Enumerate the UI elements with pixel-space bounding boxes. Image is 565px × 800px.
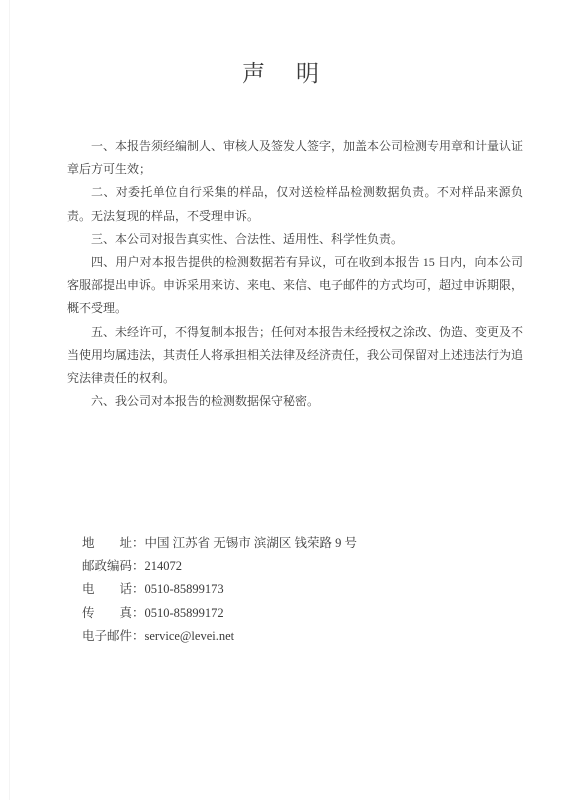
contact-value-fax: 0510-85899172 (145, 602, 224, 625)
statement-paragraph-3: 三、本公司对报告真实性、合法性、适用性、科学性负责。 (67, 228, 523, 251)
contact-row-fax: 传 真：0510-85899172 (82, 602, 522, 625)
contact-block: 地 址：中国 江苏省 无锡市 滨湖区 钱荣路 9 号 邮政编码：214072 电… (82, 532, 522, 648)
statement-paragraph-4: 四、用户对本报告提供的检测数据若有异议，可在收到本报告 15 日内，向本公司客服… (67, 251, 523, 321)
statement-paragraph-6: 六、我公司对本报告的检测数据保守秘密。 (67, 390, 523, 413)
contact-row-email: 电子邮件：service@levei.net (82, 625, 522, 648)
contact-value-email: service@levei.net (145, 625, 235, 648)
contact-label-email: 电子邮件： (82, 625, 145, 648)
contact-value-address: 中国 江苏省 无锡市 滨湖区 钱荣路 9 号 (145, 532, 358, 555)
statement-paragraph-1: 一、本报告须经编制人、审核人及签发人签字，加盖本公司检测专用章和计量认证章后方可… (67, 135, 523, 181)
statement-body: 一、本报告须经编制人、审核人及签发人签字，加盖本公司检测专用章和计量认证章后方可… (67, 135, 523, 413)
contact-value-postcode: 214072 (145, 555, 183, 578)
statement-paragraph-2: 二、对委托单位自行采集的样品，仅对送检样品检测数据负责。不对样品来源负责。无法复… (67, 181, 523, 227)
contact-label-fax: 传 真： (82, 602, 145, 625)
contact-value-phone: 0510-85899173 (145, 578, 224, 601)
contact-label-address: 地 址： (82, 532, 145, 555)
document-page: 声 明 一、本报告须经编制人、审核人及签发人签字，加盖本公司检测专用章和计量认证… (0, 0, 565, 800)
contact-row-postcode: 邮政编码：214072 (82, 555, 522, 578)
contact-label-phone: 电 话： (82, 578, 145, 601)
contact-label-postcode: 邮政编码： (82, 555, 145, 578)
statement-paragraph-5: 五、未经许可，不得复制本报告；任何对本报告未经授权之涂改、伪造、变更及不当使用均… (67, 321, 523, 391)
contact-row-address: 地 址：中国 江苏省 无锡市 滨湖区 钱荣路 9 号 (82, 532, 522, 555)
page-title: 声 明 (0, 0, 565, 89)
scan-artifact-line (9, 0, 10, 800)
contact-row-phone: 电 话：0510-85899173 (82, 578, 522, 601)
